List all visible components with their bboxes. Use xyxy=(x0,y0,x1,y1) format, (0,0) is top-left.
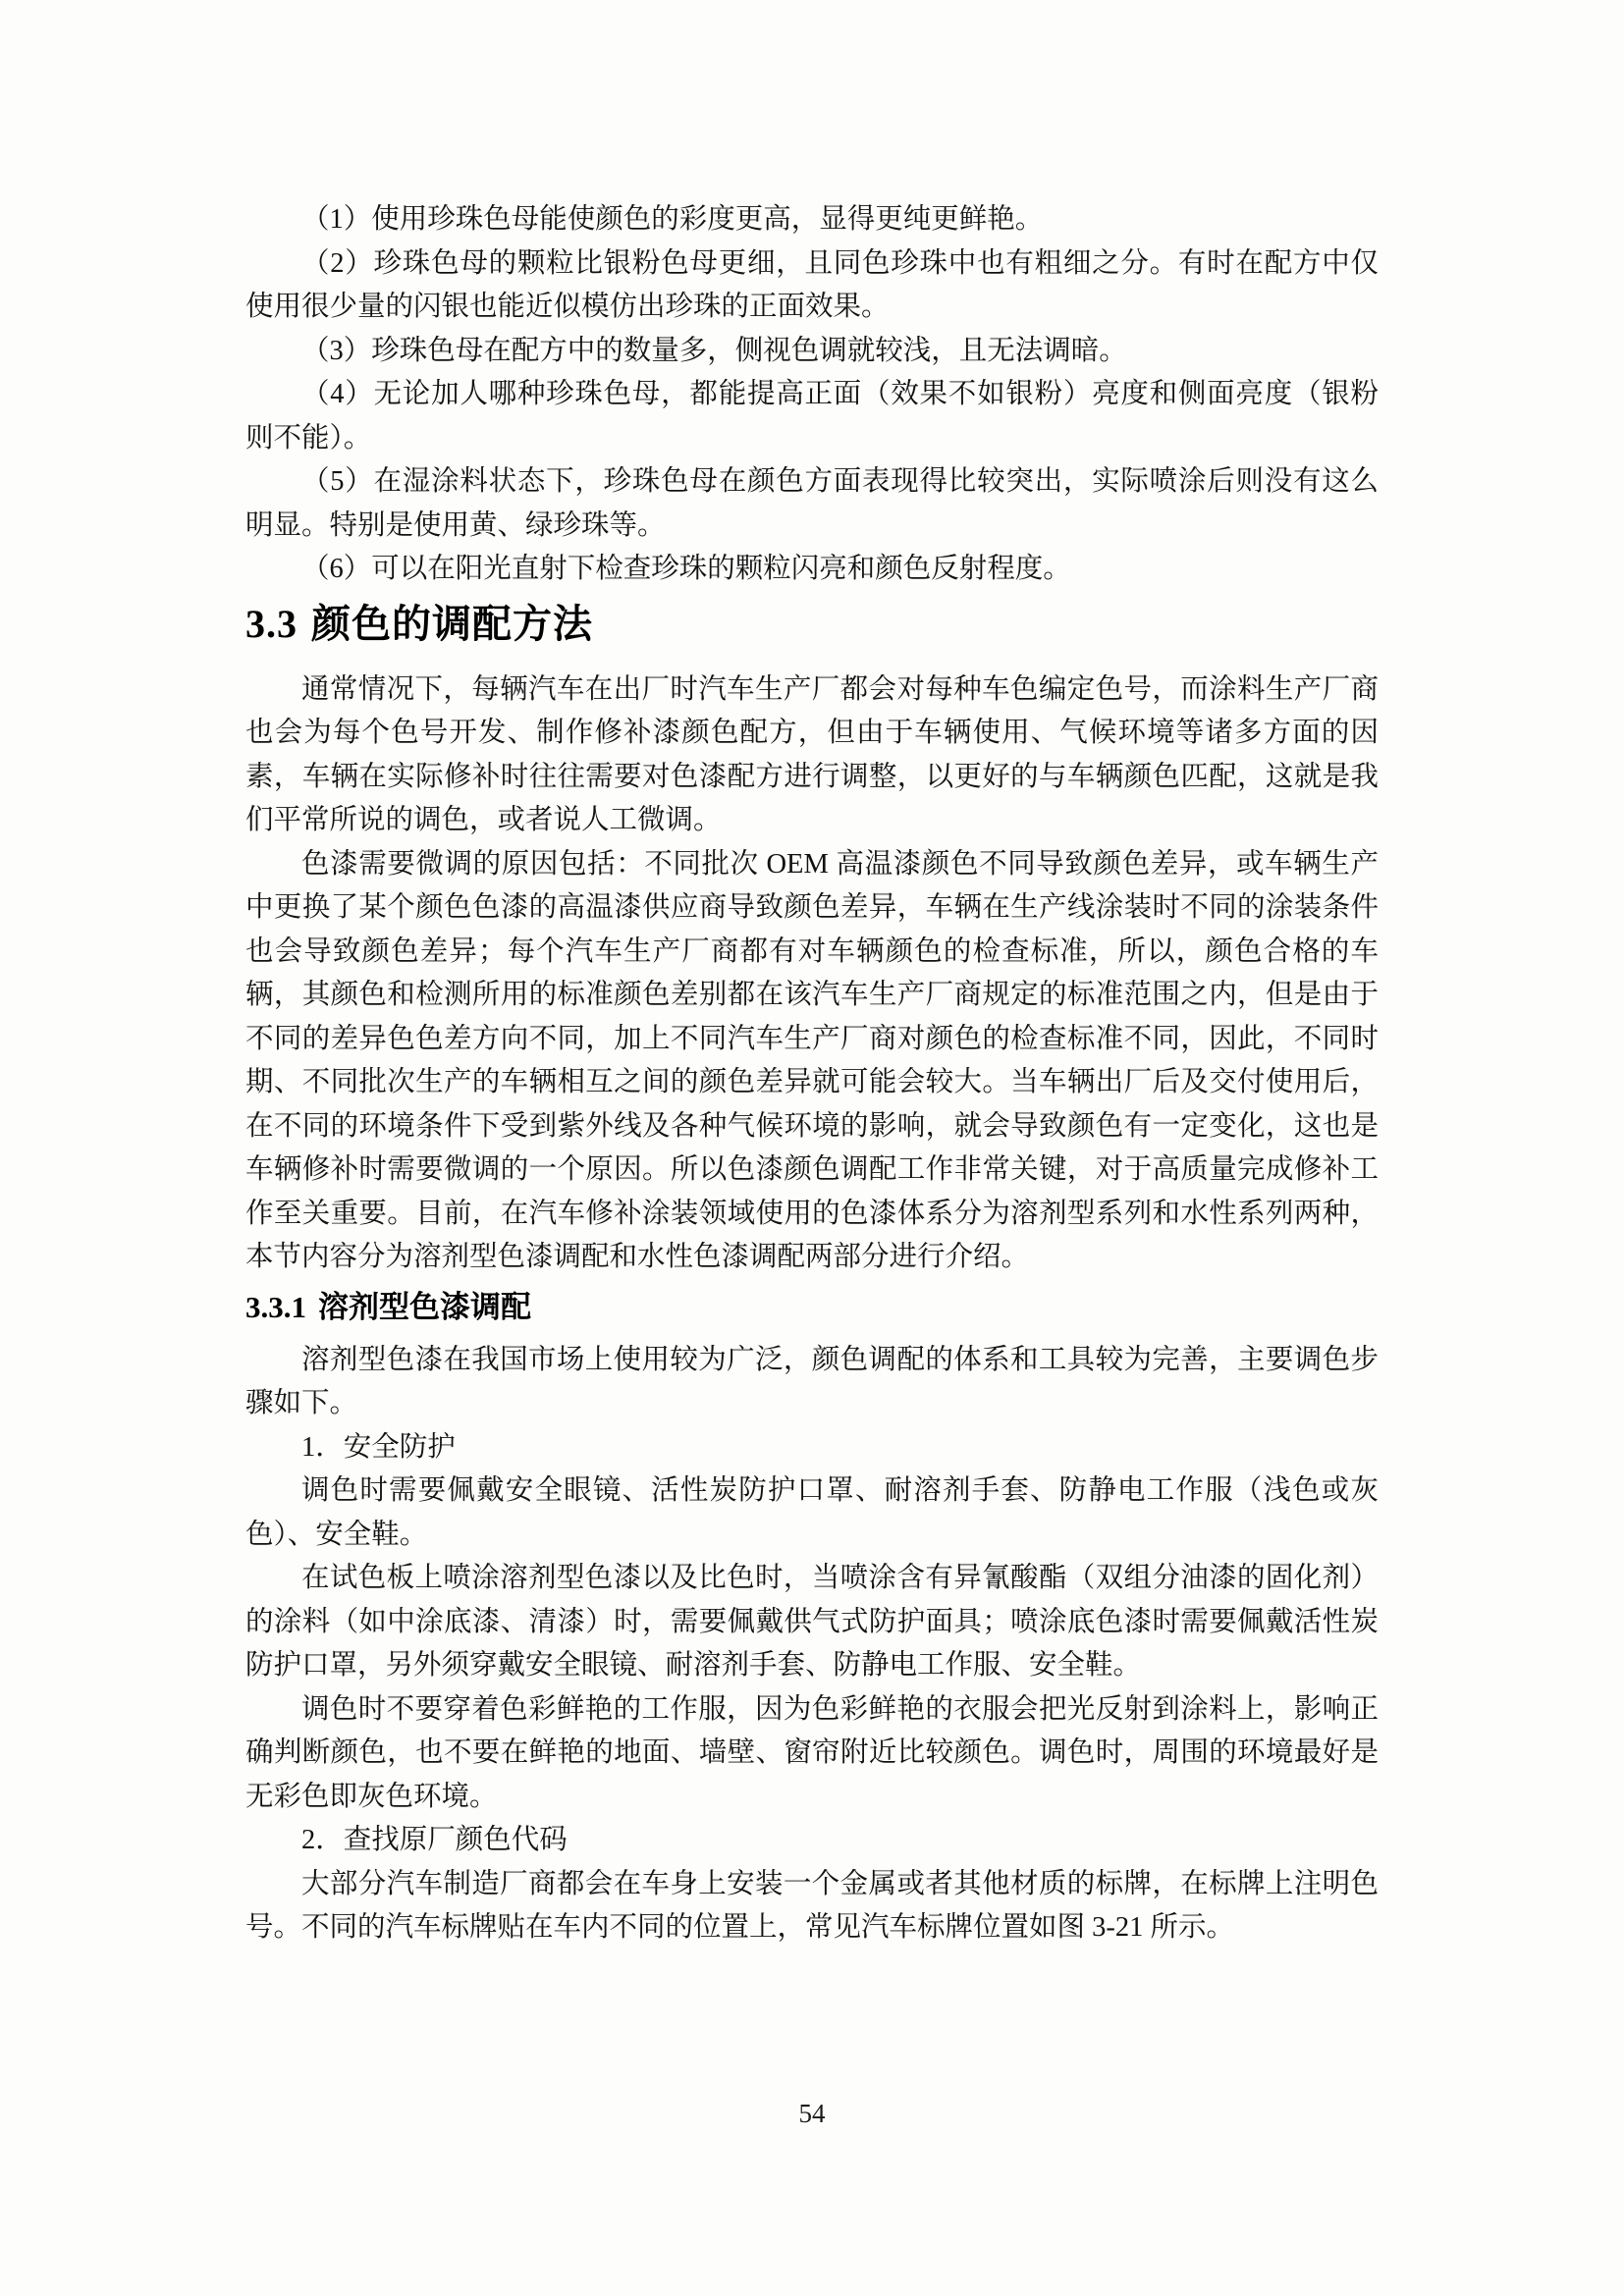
step-heading-safety: 1．安全防护 xyxy=(245,1426,1379,1470)
page-content: （1）使用珍珠色母能使颜色的彩度更高，显得更纯更鲜艳。 （2）珍珠色母的颗粒比银… xyxy=(245,198,1379,1950)
list-item-3: （3）珍珠色母在配方中的数量多，侧视色调就较浅，且无法调暗。 xyxy=(245,330,1379,374)
page-number: 54 xyxy=(0,2099,1624,2128)
subsection-number: 3.3.1 xyxy=(245,1290,306,1324)
paragraph: 通常情况下，每辆汽车在出厂时汽车生产厂都会对每种车色编定色号，而涂料生产厂商也会… xyxy=(245,668,1379,843)
list-item-6: （6）可以在阳光直射下检查珍珠的颗粒闪亮和颜色反射程度。 xyxy=(245,548,1379,592)
paragraph: 在试色板上喷涂溶剂型色漆以及比色时，当喷涂含有异氰酸酯（双组分油漆的固化剂）的涂… xyxy=(245,1557,1379,1688)
paragraph: 大部分汽车制造厂商都会在车身上安装一个金属或者其他材质的标牌，在标牌上注明色号。… xyxy=(245,1863,1379,1950)
subsection-title: 溶剂型色漆调配 xyxy=(318,1290,531,1324)
document-page: （1）使用珍珠色母能使颜色的彩度更高，显得更纯更鲜艳。 （2）珍珠色母的颗粒比银… xyxy=(0,0,1624,2296)
paragraph: 调色时不要穿着色彩鲜艳的工作服，因为色彩鲜艳的衣服会把光反射到涂料上，影响正确判… xyxy=(245,1688,1379,1820)
section-heading-3-3: 3.3颜色的调配方法 xyxy=(245,602,1379,647)
list-item-1: （1）使用珍珠色母能使颜色的彩度更高，显得更纯更鲜艳。 xyxy=(245,198,1379,242)
list-item-5: （5）在湿涂料状态下，珍珠色母在颜色方面表现得比较突出，实际喷涂后则没有这么明显… xyxy=(245,460,1379,548)
subsection-heading-3-3-1: 3.3.1溶剂型色漆调配 xyxy=(245,1288,1379,1327)
paragraph: 调色时需要佩戴安全眼镜、活性炭防护口罩、耐溶剂手套、防静电工作服（浅色或灰色）、… xyxy=(245,1469,1379,1557)
section-number: 3.3 xyxy=(245,602,298,646)
list-item-2: （2）珍珠色母的颗粒比银粉色母更细，且同色珍珠中也有粗细之分。有时在配方中仅使用… xyxy=(245,242,1379,330)
list-item-4: （4）无论加人哪种珍珠色母，都能提高正面（效果不如银粉）亮度和侧面亮度（银粉则不… xyxy=(245,373,1379,460)
paragraph: 溶剂型色漆在我国市场上使用较为广泛，颜色调配的体系和工具较为完善，主要调色步骤如… xyxy=(245,1339,1379,1426)
step-heading-color-code: 2．查找原厂颜色代码 xyxy=(245,1819,1379,1863)
section-title: 颜色的调配方法 xyxy=(311,603,593,646)
paragraph: 色漆需要微调的原因包括：不同批次 OEM 高温漆颜色不同导致颜色差异，或车辆生产… xyxy=(245,843,1379,1280)
